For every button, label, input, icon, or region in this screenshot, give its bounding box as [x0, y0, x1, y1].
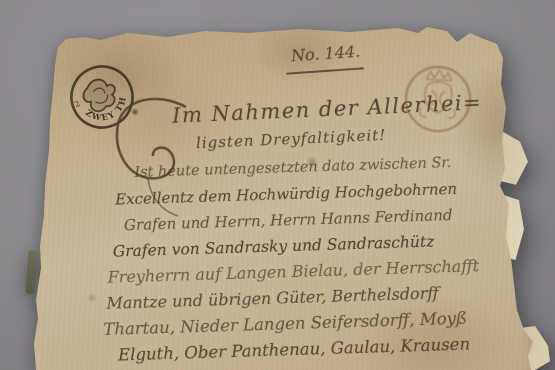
paper-stack: No. 144. ZWEY THALER 2 [0, 0, 555, 370]
number-underline [286, 67, 364, 74]
manuscript-body: Ist heute untengesetzten dato zwischen S… [98, 147, 534, 368]
heading-line-2: ligsten Dreyfaltigkeit! [196, 126, 387, 152]
binding-edge [25, 250, 37, 295]
document-number: No. 144. [290, 42, 360, 66]
revenue-stamp-icon: ZWEY THALER 2 [54, 49, 150, 146]
photo-of-manuscript: No. 144. ZWEY THALER 2 [0, 0, 555, 370]
manuscript-page: No. 144. ZWEY THALER 2 [0, 0, 555, 370]
